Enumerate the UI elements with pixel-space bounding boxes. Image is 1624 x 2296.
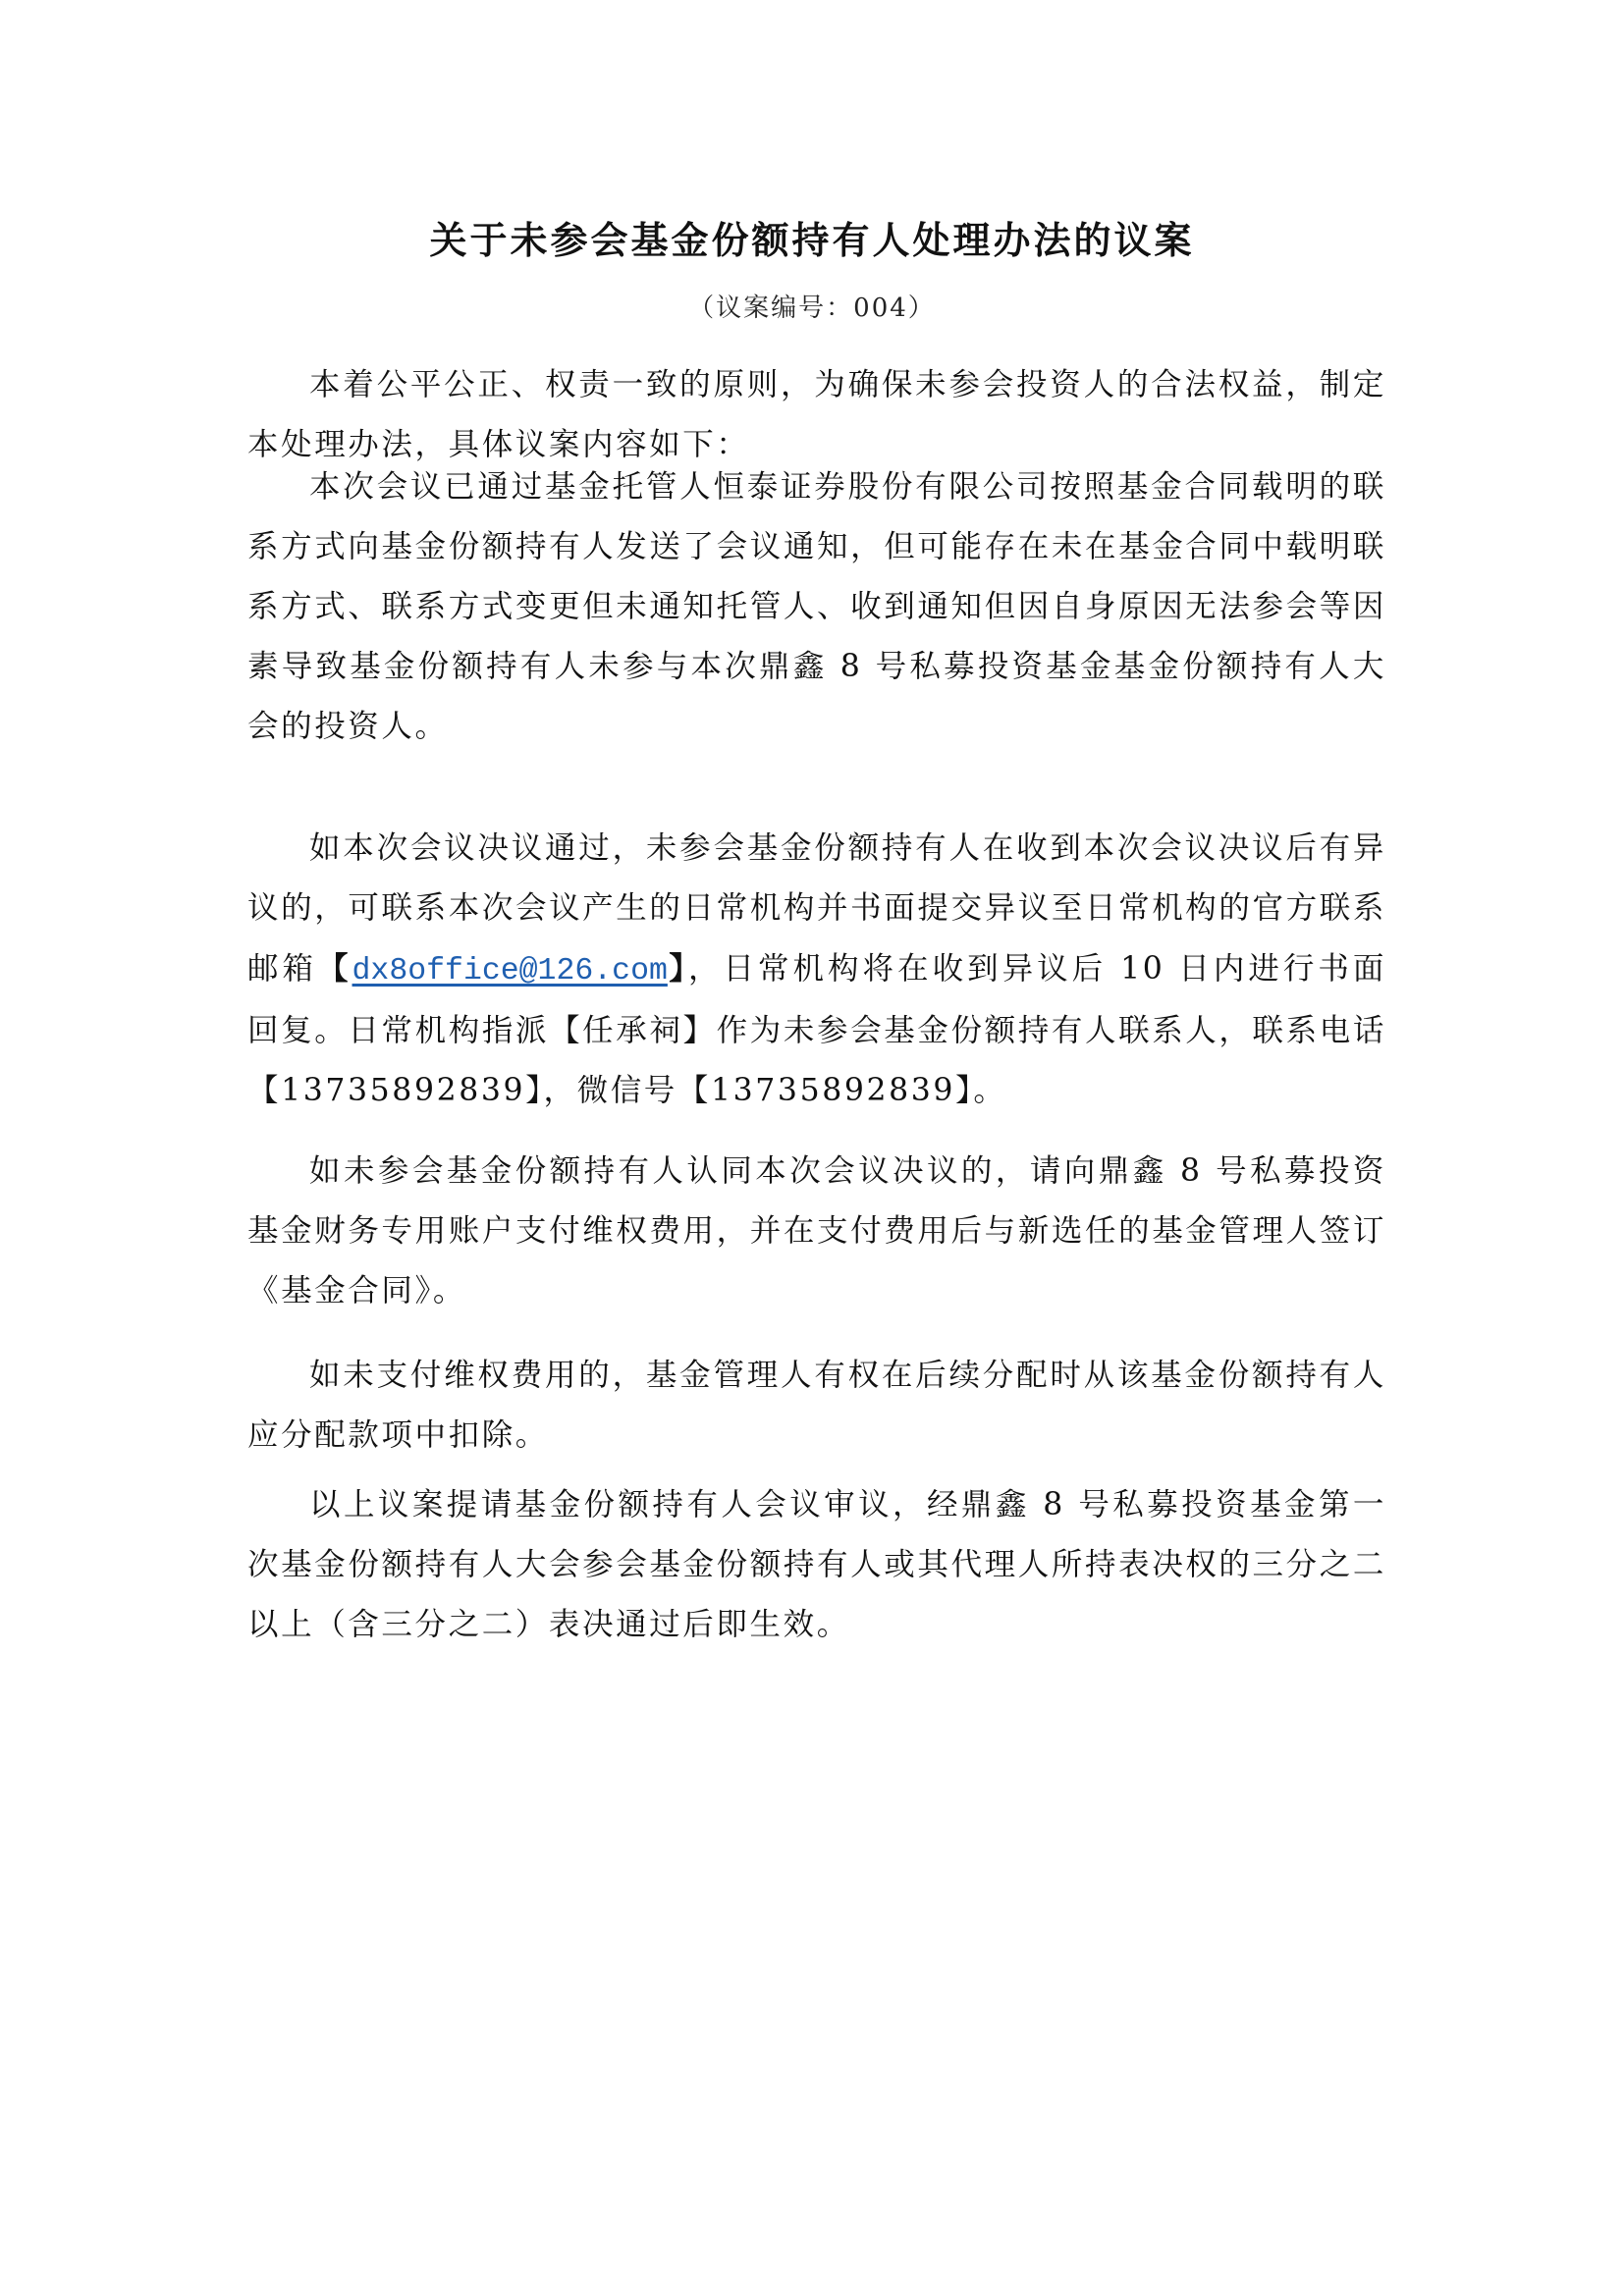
bracket-close: 】 <box>668 950 688 987</box>
paragraph-deduction: 如未支付维权费用的，基金管理人有权在后续分配时从该基金份额持有人应分配款项中扣除… <box>247 1346 1386 1466</box>
paragraph-text: 本次会议已通过基金托管人恒泰证券股份有限公司按照基金合同载明的联系方式向基金份额… <box>247 457 1386 757</box>
paragraph-approval: 以上议案提请基金份额持有人会议审议，经鼎鑫 8 号私募投资基金第一次基金份额持有… <box>247 1475 1386 1655</box>
bracket-open: 【 <box>317 950 352 987</box>
paragraph-text: 以上议案提请基金份额持有人会议审议，经鼎鑫 8 号私募投资基金第一次基金份额持有… <box>247 1475 1386 1655</box>
email-link[interactable]: dx8office@126.com <box>352 954 668 988</box>
paragraph-text: 如未支付维权费用的，基金管理人有权在后续分配时从该基金份额持有人应分配款项中扣除… <box>247 1346 1386 1466</box>
paragraph-text: 如本次会议决议通过，未参会基金份额持有人在收到本次会议决议后有异议的，可联系本次… <box>247 819 1386 1121</box>
document-title: 关于未参会基金份额持有人处理办法的议案 <box>0 210 1624 264</box>
motion-number: （议案编号：004） <box>0 288 1624 324</box>
paragraph-objection: 如本次会议决议通过，未参会基金份额持有人在收到本次会议决议后有异议的，可联系本次… <box>247 819 1386 1121</box>
document-page: 关于未参会基金份额持有人处理办法的议案 （议案编号：004） 本着公平公正、权责… <box>0 0 1624 2296</box>
paragraph-payment: 如未参会基金份额持有人认同本次会议决议的，请向鼎鑫 8 号私募投资基金财务专用账… <box>247 1142 1386 1321</box>
paragraph-text: 如未参会基金份额持有人认同本次会议决议的，请向鼎鑫 8 号私募投资基金财务专用账… <box>247 1142 1386 1321</box>
paragraph-notice: 本次会议已通过基金托管人恒泰证券股份有限公司按照基金合同载明的联系方式向基金份额… <box>247 457 1386 757</box>
